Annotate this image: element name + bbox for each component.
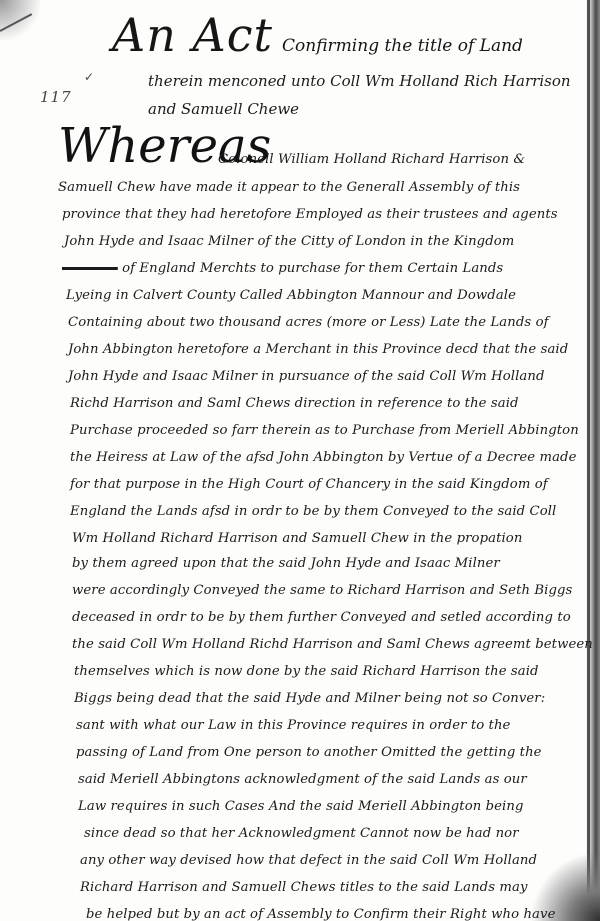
body-line: any other way devised how that defect in… xyxy=(80,853,537,868)
binding-line xyxy=(587,0,590,921)
body-line: themselves which is now done by the said… xyxy=(74,664,539,679)
body-line: Wm Holland Richard Harrison and Samuell … xyxy=(72,531,522,546)
body-line: Purchase proceeded so farr therein as to… xyxy=(70,423,579,438)
body-line: sant with what our Law in this Province … xyxy=(76,718,510,733)
body-line: Richard Harrison and Samuell Chews title… xyxy=(80,880,528,895)
body-line: John Hyde and Isaac Milner of the Citty … xyxy=(64,234,514,249)
body-line: Lyeing in Calvert County Called Abbingto… xyxy=(66,288,516,303)
title-initial: An Act xyxy=(112,8,273,62)
body-line: John Hyde and Isaac Milner in pursuance … xyxy=(68,369,545,384)
title-rest: Confirming the title of Land xyxy=(282,36,523,56)
body-line: by them agreed upon that the said John H… xyxy=(72,556,500,571)
body-line: the said Coll Wm Holland Richd Harrison … xyxy=(72,637,593,652)
body-line: Colonell William Holland Richard Harriso… xyxy=(218,152,525,167)
manuscript-page: 117 ✓ An Act Confirming the title of Lan… xyxy=(0,0,600,921)
body-line: province that they had heretofore Employ… xyxy=(62,207,558,222)
body-line: passing of Land from One person to anoth… xyxy=(76,745,542,760)
body-line: said Meriell Abbingtons acknowledgment o… xyxy=(78,772,527,787)
body-line: since dead so that her Acknowledgment Ca… xyxy=(84,826,519,841)
body-line: of England Merchts to purchase for them … xyxy=(62,261,503,276)
body-line: be helped but by an act of Assembly to C… xyxy=(86,907,555,921)
body-line: England the Lands afsd in ordr to be by … xyxy=(70,504,556,519)
margin-tick-mark: ✓ xyxy=(84,70,94,84)
title-line-2: therein menconed unto Coll Wm Holland Ri… xyxy=(148,72,571,90)
body-line: deceased in ordr to be by them further C… xyxy=(72,610,571,625)
body-line: Law requires in such Cases And the said … xyxy=(78,799,524,814)
body-line: for that purpose in the High Court of Ch… xyxy=(70,477,548,492)
body-line: the Heiress at Law of the afsd John Abbi… xyxy=(70,450,576,465)
body-line: John Abbington heretofore a Merchant in … xyxy=(68,342,568,357)
body-line: were accordingly Conveyed the same to Ri… xyxy=(72,583,572,598)
body-line: Richd Harrison and Saml Chews direction … xyxy=(70,396,519,411)
body-line: Samuell Chew have made it appear to the … xyxy=(58,180,520,195)
act-title: An Act Confirming the title of Land xyxy=(112,8,523,62)
title-line-3: and Samuell Chewe xyxy=(148,100,299,118)
body-line: Containing about two thousand acres (mor… xyxy=(68,315,549,330)
folio-number: 117 xyxy=(40,88,72,106)
struck-text xyxy=(62,261,118,276)
body-line: Biggs being dead that the said Hyde and … xyxy=(74,691,545,706)
